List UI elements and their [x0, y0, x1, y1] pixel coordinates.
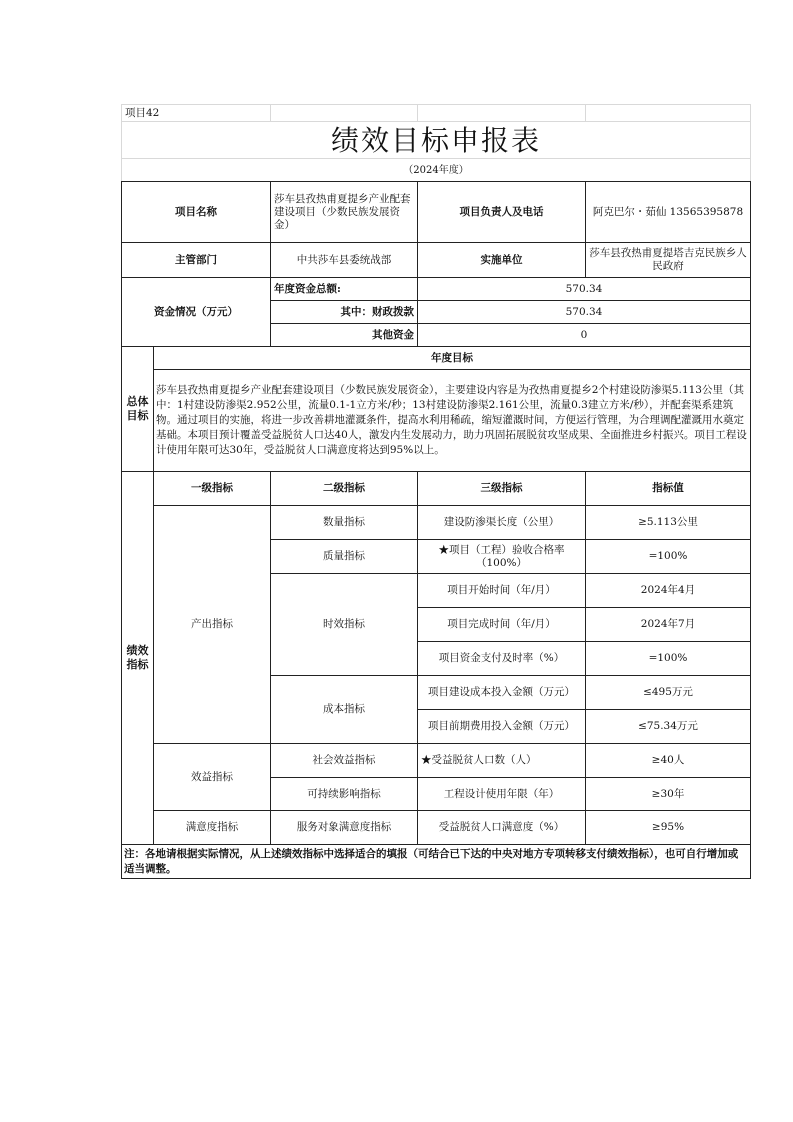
funds-fiscal-label: 其中：财政拨款 [270, 300, 418, 324]
indicator-value: ≤75.34万元 [585, 709, 751, 744]
indicator-value: 2024年7月 [585, 607, 751, 642]
indicator-name: 项目资金支付及时率（%） [417, 641, 586, 676]
indicator-value: ≥30年 [585, 777, 751, 811]
indicator-value: 2024年4月 [585, 573, 751, 608]
indicator-value: =100% [585, 539, 751, 574]
indicator-name: 项目前期费用投入金额（万元） [417, 709, 586, 744]
empty-cell [417, 104, 586, 122]
overall-target-label: 总体目标 [121, 346, 154, 472]
funds-fiscal-value: 570.34 [417, 300, 751, 324]
indicator-value: ≥40人 [585, 743, 751, 778]
level2-cost: 成本指标 [270, 675, 418, 744]
header-level1: 一级指标 [153, 471, 271, 506]
funds-other-value: 0 [417, 323, 751, 347]
year-label: （2024年度） [121, 158, 751, 182]
dept-label: 主管部门 [121, 242, 271, 278]
header-level3: 三级指标 [417, 471, 586, 506]
level1-benefit: 效益指标 [153, 743, 271, 811]
item-number: 项目42 [121, 104, 271, 122]
indicator-name: 建设防渗渠长度（公里） [417, 505, 586, 540]
indicator-name: 项目建设成本投入金额（万元） [417, 675, 586, 710]
indicator-name: 项目完成时间（年/月） [417, 607, 586, 642]
indicator-name: 工程设计使用年限（年） [417, 777, 586, 811]
funds-label: 资金情况（万元） [121, 277, 271, 347]
contact-value: 阿克巴尔・茹仙 13565395878 [585, 181, 751, 243]
project-name-value: 莎车县孜热甫夏提乡产业配套建设项目（少数民族发展资金） [270, 181, 418, 243]
performance-target-form: 项目42 绩效目标申报表 （2024年度） 项目名称 莎车县孜热甫夏提乡产业配套… [0, 0, 793, 1122]
unit-value: 莎车县孜热甫夏提塔吉克民族乡人民政府 [585, 242, 751, 278]
level2-social: 社会效益指标 [270, 743, 418, 778]
indicator-value: ≤495万元 [585, 675, 751, 710]
level1-satisfaction: 满意度指标 [153, 810, 271, 845]
page-title: 绩效目标申报表 [121, 121, 751, 159]
funds-other-label: 其他资金 [270, 323, 418, 347]
project-name-label: 项目名称 [121, 181, 271, 243]
dept-value: 中共莎车县委统战部 [270, 242, 418, 278]
level2-service-satisfaction: 服务对象满意度指标 [270, 810, 418, 845]
indicator-name: 受益脱贫人口满意度（%） [417, 810, 586, 845]
indicator-value: ≥95% [585, 810, 751, 845]
indicator-value: =100% [585, 641, 751, 676]
empty-cell [585, 104, 751, 122]
header-value: 指标值 [585, 471, 751, 506]
funds-total-value: 570.34 [417, 277, 751, 301]
annual-target-text: 莎车县孜热甫夏提乡产业配套建设项目（少数民族发展资金），主要建设内容是为孜热甫夏… [153, 369, 751, 472]
level2-sustainable: 可持续影响指标 [270, 777, 418, 811]
level2-timeliness: 时效指标 [270, 573, 418, 676]
annual-target-header: 年度目标 [153, 346, 751, 370]
indicator-name: 项目开始时间（年/月） [417, 573, 586, 608]
indicator-name: ★项目（工程）验收合格率（100%） [417, 539, 586, 574]
empty-cell [270, 104, 418, 122]
indicators-label: 绩效指标 [121, 471, 154, 845]
footnote: 注：各地请根据实际情况，从上述绩效指标中选择适合的填报（可结合已下达的中央对地方… [121, 844, 751, 879]
funds-total-label: 年度资金总额: [270, 277, 418, 301]
level1-output: 产出指标 [153, 505, 271, 744]
unit-label: 实施单位 [417, 242, 586, 278]
level2-quantity: 数量指标 [270, 505, 418, 540]
header-level2: 二级指标 [270, 471, 418, 506]
indicator-value: ≥5.113公里 [585, 505, 751, 540]
level2-quality: 质量指标 [270, 539, 418, 574]
contact-label: 项目负责人及电话 [417, 181, 586, 243]
indicator-name: ★受益脱贫人口数（人） [417, 743, 586, 778]
